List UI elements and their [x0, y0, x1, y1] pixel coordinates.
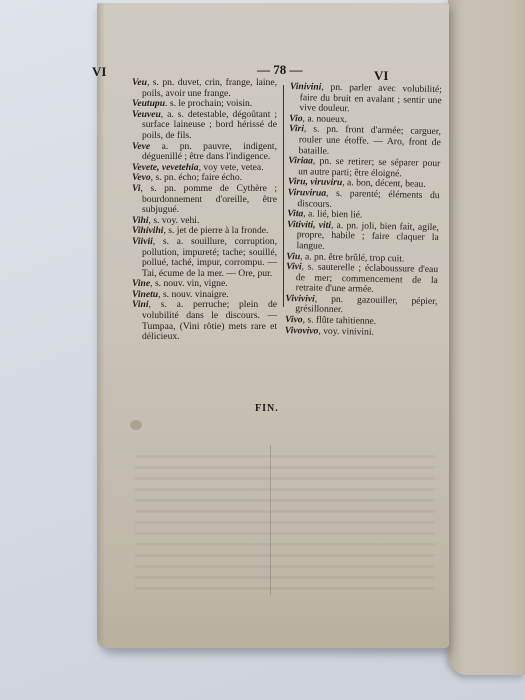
column-divider: [283, 85, 284, 307]
definition: a. pn. pauvre, indigent, déguenillé ; êt…: [142, 141, 277, 163]
dictionary-entry: Vivi, s. sauterelle ; éclaboussure d'eau…: [286, 262, 439, 297]
left-guide-word: VI: [92, 64, 106, 80]
headword: Vine: [132, 278, 150, 289]
show-through-text: [135, 455, 435, 595]
definition: . s. le prochain; voisin.: [165, 98, 252, 109]
dictionary-entry: Veuveu, a. s. detestable, dégoûtant ; su…: [132, 110, 277, 142]
dictionary-entry: Viri, s. pn. front d'armée; carguer, rou…: [288, 124, 441, 159]
headword: Vinivini: [290, 81, 322, 93]
definition: , voy. vinivini.: [318, 325, 374, 337]
headword: Vinetu: [132, 289, 158, 300]
definition: , voy vete, vetea.: [199, 162, 264, 173]
show-through-divider: [270, 445, 271, 595]
definition: , a. s. detestable, dégoûtant ; surface …: [142, 109, 277, 141]
definition: , s. pn. écho; faire écho.: [151, 172, 242, 183]
headword: Vini: [132, 299, 149, 310]
dictionary-entry: Vitiviti, viti, a. pn. joli, bien fait, …: [286, 220, 439, 255]
definition: , s. sauterelle ; éclaboussure d'eau de …: [296, 261, 439, 295]
dictionary-entry: Viivii, s. a. souillure, corruption, pol…: [132, 237, 277, 279]
definition: , s. pn. front d'armée; carguer, rouler …: [298, 124, 441, 157]
left-column: Veu, s. pn. duvet, crin, frange, laine, …: [132, 78, 277, 343]
dictionary-entry: Vinivini, pn. parler avec volubilité; fa…: [289, 82, 442, 117]
definition: , pn. parler avec volubilité; faire du b…: [299, 82, 442, 115]
headword: Vi: [132, 183, 141, 194]
paper-stain: [130, 420, 142, 430]
headword: Vevete, vevetehia: [132, 162, 199, 173]
definition: , s. pn. pomme de Cythère ; bourdonnemen…: [141, 183, 277, 215]
headword: Vivi: [286, 261, 302, 272]
definition: , s. nouv. vin, vigne.: [150, 278, 227, 289]
headword: Viriaa: [288, 155, 313, 167]
dictionary-entry: Vi, s. pn. pomme de Cythère ; bourdonnem…: [132, 184, 277, 216]
headword: Vihi: [132, 215, 149, 226]
headword: Vio: [289, 113, 303, 124]
headword: Vita: [287, 208, 303, 219]
headword: Vivivivi: [285, 293, 315, 305]
definition: , s. a. perruche; plein de volubilité da…: [142, 299, 277, 342]
definition: , s. pn. duvet, crin, frange, laine, poi…: [142, 77, 277, 99]
definition: , s. jet de pierre à la fronde.: [163, 225, 268, 236]
headword: Viivii: [132, 236, 153, 247]
right-column: Vinivini, pn. parler avec volubilité; fa…: [285, 82, 442, 339]
definition: , pn. gazouiller, pépier, grésillonner.: [295, 293, 437, 315]
headword: Vevo: [132, 172, 151, 183]
end-mark: FIN.: [255, 403, 279, 414]
headword: Veuveu: [132, 109, 161, 120]
headword: Viri: [289, 123, 304, 134]
dictionary-entry: Veve a. pn. pauvre, indigent, déguenillé…: [132, 142, 277, 163]
adjacent-page-edge: [448, 0, 525, 675]
headword: Viu: [286, 250, 300, 261]
right-guide-word: VI: [374, 68, 388, 84]
headword: Veve: [132, 141, 150, 152]
definition: , pn. se retirer; se séparer pour un aut…: [298, 156, 440, 179]
headword: Vihivihi: [132, 225, 163, 236]
dictionary-entry: Veu, s. pn. duvet, crin, frange, laine, …: [132, 78, 277, 99]
page-number: — 78 —: [257, 62, 303, 78]
definition: , s. nouv. vinaigre.: [158, 289, 229, 300]
definition: , s. a. souillure, corruption, pollution…: [142, 236, 277, 279]
dictionary-entry: Vini, s. a. perruche; plein de volubilit…: [132, 300, 277, 342]
headword: Veutupu: [132, 98, 165, 109]
definition: , s. voy. vehi.: [149, 215, 200, 226]
headword: Veu: [132, 77, 147, 88]
headword: Vivovivo: [285, 325, 319, 337]
